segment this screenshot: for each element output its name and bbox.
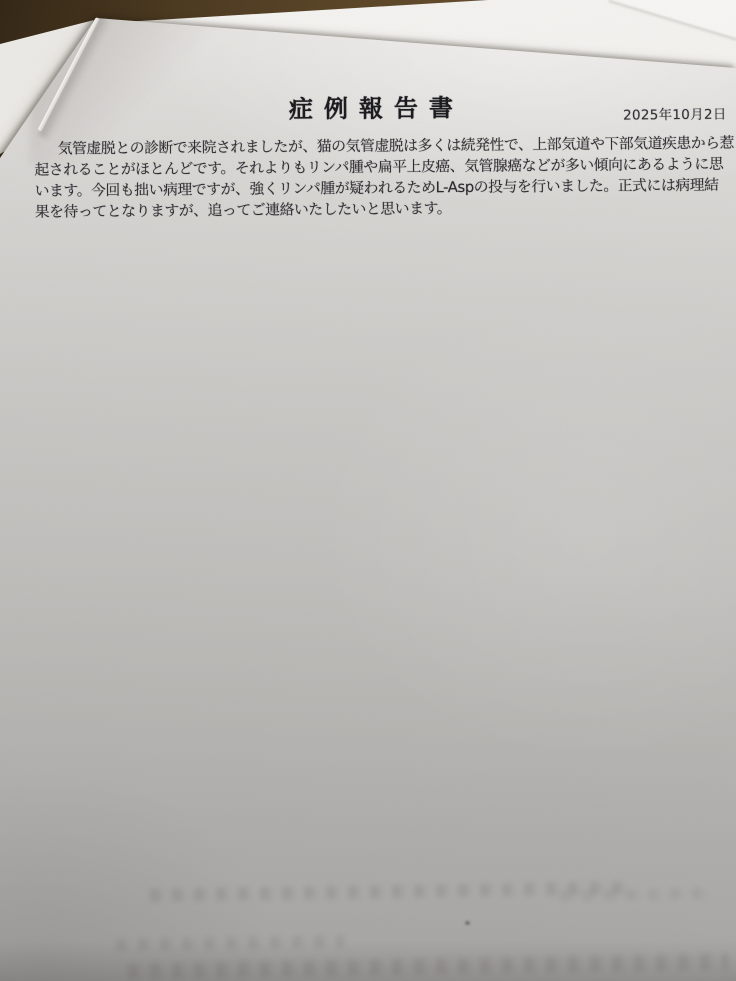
show-through-text	[560, 888, 710, 901]
bottom-shadow	[0, 941, 736, 981]
photo-of-case-report: 症例報告書 2025年10月2日 気管虚脱との診断で来院されましたが、猫の気管虚…	[0, 0, 736, 981]
report-body: 気管虚脱との診断で来院されましたが、猫の気管虚脱は多くは続発性で、上部気道や下部…	[34, 133, 735, 223]
show-through-text	[150, 881, 630, 902]
report-title: 症例報告書	[289, 88, 464, 125]
case-report-sheet: 症例報告書 2025年10月2日 気管虚脱との診断で来院されましたが、猫の気管虚…	[0, 0, 736, 981]
report-date: 2025年10月2日	[623, 103, 727, 124]
printed-document: 症例報告書 2025年10月2日 気管虚脱との診断で来院されましたが、猫の気管虚…	[0, 0, 736, 360]
case-report-sheet-wrapper: 症例報告書 2025年10月2日 気管虚脱との診断で来院されましたが、猫の気管虚…	[0, 0, 736, 981]
paper-speck	[465, 921, 470, 925]
